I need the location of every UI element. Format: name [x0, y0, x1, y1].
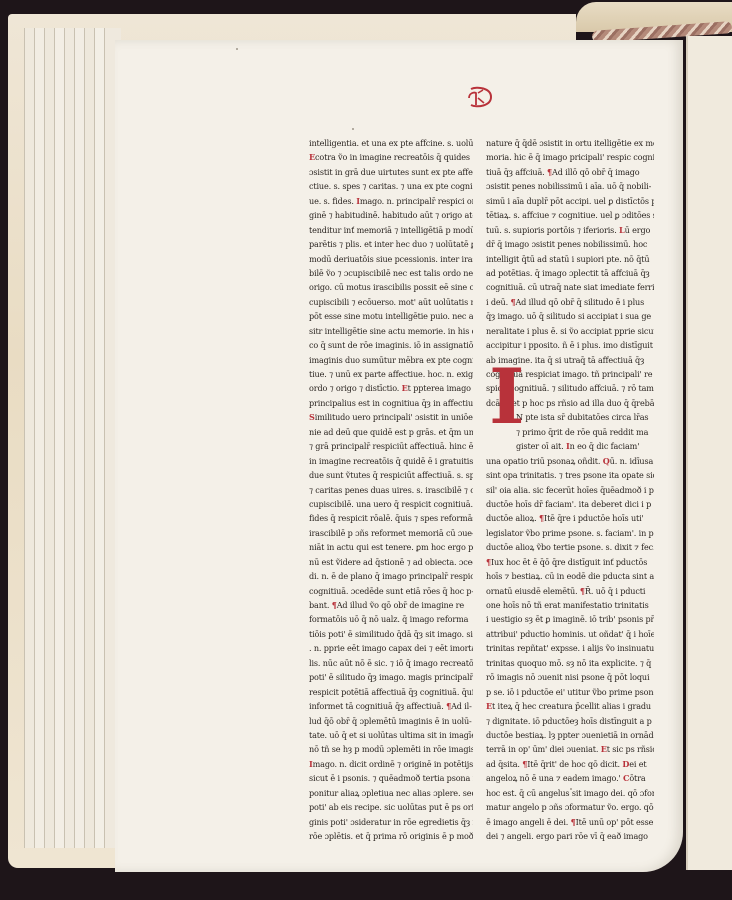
line-text: tuū. s. supioris portōis ⁊ iferioris.	[486, 225, 619, 235]
line-text: tenditur inť memoriā ⁊ intelligētiā p mo…	[309, 225, 473, 235]
line-text: niāt in actu qui est tenere. ꝑm hoc ergo…	[309, 542, 473, 552]
line-text: due sunt ṽtutes q̄ respiciūt affectiuā. …	[309, 470, 473, 480]
text-line: nature q̄ q̄dē ɔsistit in ortu itelligēt…	[486, 136, 654, 150]
text-line: Similitudo uero principali' ɔsistit in u…	[309, 410, 473, 424]
text-line: co q̄ sunt de rōe imaginis. iō in assign…	[309, 338, 473, 352]
text-line: ¶Iux hoc ēt ē q̄ō q̄re distīguit inť pdu…	[486, 555, 654, 569]
line-text: Iux hoc ēt ē q̄ō q̄re distīguit inť pduc…	[491, 557, 647, 567]
text-line: tenditur inť memoriā ⁊ intelligētiā p mo…	[309, 223, 473, 237]
text-line: ponitur aliaꝝ ɔpletiua nec alias ɔplere.…	[309, 786, 473, 800]
line-text: ad q̄sita.	[486, 759, 522, 769]
text-line: simū i aīa duplr̄ pōt accipi. uel ꝑ dist…	[486, 194, 654, 208]
folio-mark	[465, 84, 495, 110]
line-text: in imagine recreatōis q̄ quidē ē i gratu…	[309, 456, 473, 466]
text-line: sil' oia alia. sic fecerūt hoīes q̄uēadm…	[486, 483, 654, 497]
text-line: attribui' pductio hominis. ut oñdat' q̄ …	[486, 627, 654, 641]
line-text: ⁊ primo q̄rit de rōe quā reddit ma	[516, 427, 648, 437]
paper-speck	[370, 810, 372, 812]
line-text: ū. n. idīusa	[610, 456, 653, 466]
text-line: matur angelo p ɔñs ɔformatur ṽo. ergo. q…	[486, 800, 654, 814]
text-line: cupiscibili ⁊ ecōuerso. mot' aūt uolūtat…	[309, 295, 473, 309]
line-text: cotra ṽo in imagine recreatōis q̄ quides	[315, 152, 470, 162]
line-text: informet tā cognitiuā q̄ȝ affectiuā.	[309, 701, 446, 711]
line-text: lud q̄ō obr̄ q̄ ɔplemētū imaginis ē in u…	[309, 716, 472, 726]
line-text: i uestigio sȝ ēt ꝑ imaginē. iō trib' pso…	[486, 614, 654, 624]
line-text: ue. s. fides.	[309, 196, 356, 206]
line-text: lis. nūc aūt nō ē sic. ⁊ iō q̄ imago rec…	[309, 658, 473, 668]
line-text: poti' ab eis recipe. sic uolūtas put ē p…	[309, 802, 473, 812]
text-line: ginē ⁊ habitudinē. habitudo aūt ⁊ origo …	[309, 208, 473, 222]
text-line: pōt esse sine motu intelligētie puio. ne…	[309, 309, 473, 323]
line-text: ornatū eiusdē elemētū.	[486, 586, 580, 596]
text-line: tate. uō q̄ et si uolūtas ultima sit in …	[309, 728, 473, 742]
text-line: imaginis duo sumūtur mēbra ex pte cogni	[309, 353, 473, 367]
text-line: ⁊ grā principalr̄ respiciūt affectiuā. h…	[309, 439, 473, 453]
line-text: cognitiuā. ɔcedēde sunt etiā rōes q̄ hoc…	[309, 586, 473, 596]
line-text: nie ad deū que quidē est p grās. et q̄m …	[309, 427, 473, 437]
line-text: sint opa trinitatis. ⁊ tres psone ita op…	[486, 470, 654, 480]
text-line: principalius est in cognitiua q̄ȝ in aff…	[309, 396, 473, 410]
paper-speck	[352, 128, 354, 130]
line-text: n eo q̄ dic faciam'	[570, 441, 640, 451]
text-line: nō tñ se hȝ p modū ɔplemēti in rōe imagi…	[309, 742, 473, 756]
folio-mark-glyph-icon	[465, 84, 495, 110]
text-line: respicit potētiā affectiuā q̄ȝ cognitiuā…	[309, 685, 473, 699]
text-line: Imago. n. dicit ordinē ⁊ originē in potē…	[309, 757, 473, 771]
line-text: nō tñ se hȝ p modū ɔplemēti in rōe imagi…	[309, 744, 473, 754]
line-text: hoīs ⁊ bestiaꝝ. cū in eodē die pducta si…	[486, 571, 654, 581]
text-line: tiuā q̄ȝ affciuā. ¶Ad illō qō obr̄ q̄ im…	[486, 165, 654, 179]
line-text: ɔsistit penes nobilissimū i aīa. uō q̄ n…	[486, 181, 651, 191]
line-text: i deū.	[486, 297, 510, 307]
text-line: ornatū eiusdē elemētū. ¶R̄. uō q̄ i pduc…	[486, 584, 654, 598]
line-text: ⁊ caritas penes duas uires. s. irascibil…	[309, 485, 473, 495]
line-text: Ad il-	[451, 701, 472, 711]
text-line: one hoīs nō tñ erat manifestatio trinita…	[486, 598, 654, 612]
text-line: poti' ē silitudo q̄ȝ imago. magis princi…	[309, 670, 473, 684]
text-line: terrā in op' ūm' diei ɔueniat. Et sic ps…	[486, 742, 654, 756]
line-text: poti' ē silitudo q̄ȝ imago. magis princi…	[309, 672, 473, 682]
line-text: accipitur i pposito. ñ ē i plus. imo dis…	[486, 340, 653, 350]
line-text: ginis poti' ɔsideratur in rōe egredietis…	[309, 817, 473, 827]
text-line: dei ⁊ angeli. ergo pari rōe vī q̄ eað im…	[486, 829, 654, 843]
line-text: fides q̄ respicit rōalē. q̄uis ⁊ spes re…	[309, 513, 473, 523]
text-line: di. n. ē de plano q̄ imago principalr̄ r…	[309, 569, 473, 583]
line-text: rō imagis nō ɔuenit nisi psone q̄ pōt lo…	[486, 672, 649, 682]
text-line: due sunt ṽtutes q̄ respiciūt affectiuā. …	[309, 468, 473, 482]
text-line: trinitas repñtat' expsse. i alijs ṽo ins…	[486, 641, 654, 655]
line-text: ōtra	[629, 773, 645, 783]
text-line: irascibilē p ɔñs reformet memoriā cū ɔue…	[309, 526, 473, 540]
line-text: nū est ṽidere ad q̄stionē ⁊ ad obiecta. …	[309, 557, 473, 567]
line-text: t sic ps rñsio	[607, 744, 654, 754]
text-line: ctiue. s. spes ⁊ caritas. ⁊ una ex pte c…	[309, 179, 473, 193]
line-text: sil' oia alia. sic fecerūt hoīes q̄uēadm…	[486, 485, 654, 495]
line-text: cognitiuā. cū utraq̄ nate siat imediate …	[486, 282, 654, 292]
line-text: ⁊ grā principalr̄ respiciūt affectiuā. h…	[309, 441, 473, 451]
text-line: tiōis poti' ē similitudo q̄dā q̄ȝ sit im…	[309, 627, 473, 641]
text-line: neralitate i plus ē. si ṽo accipiat ppri…	[486, 324, 654, 338]
text-line: origo. cū motus irascibilis possit eē si…	[309, 280, 473, 294]
text-line: formatōis uō q̄ nō ualz. q̄ imago reform…	[309, 612, 473, 626]
line-text: legislator ṽbo prime psone. s. faciam'. …	[486, 528, 654, 538]
line-text: dr̄ q̄ imago ɔsistit penes nobilissimū. …	[486, 239, 647, 249]
line-text: ei et	[629, 759, 646, 769]
text-line: rō imagis nō ɔuenit nisi psone q̄ pōt lo…	[486, 670, 654, 684]
text-line: ordo ⁊ origo ⁊ distīctio. Et ppterea ima…	[309, 381, 473, 395]
line-text: tate. uō q̄ et si uolūtas ultima sit in …	[309, 730, 473, 740]
text-line: intelligentia. et una ex pte affcine. s.…	[309, 136, 473, 150]
line-text: tētiaꝝ. s. affciue ⁊ cognitiue. uel ꝑ ɔd…	[486, 210, 654, 220]
line-text: matur angelo p ɔñs ɔformatur ṽo. ergo. q…	[486, 802, 653, 812]
text-line: moria. hic ē q̄ imago pricipali' respic …	[486, 150, 654, 164]
line-text: Itē unū op' pōt esse	[576, 817, 654, 827]
line-text: one hoīs nō tñ erat manifestatio trinita…	[486, 600, 649, 610]
text-line: lud q̄ō obr̄ q̄ ɔplemētū imaginis ē in u…	[309, 714, 473, 728]
text-column-left: intelligentia. et una ex pte affcine. s.…	[309, 136, 473, 843]
line-text: principalius est in cognitiua q̄ȝ in aff…	[309, 398, 473, 408]
line-text: ē imago angeli ē dei.	[486, 817, 571, 827]
text-line: trinitas quoquo mō. sȝ nō ita explicite.…	[486, 656, 654, 670]
line-text: mago. n. dicit ordinē ⁊ originē in potēt…	[313, 759, 473, 769]
text-line: sint opa trinitatis. ⁊ tres psone ita op…	[486, 468, 654, 482]
text-line: poti' ab eis recipe. sic uolūtas put ē p…	[309, 800, 473, 814]
line-text: bant.	[309, 600, 332, 610]
paper-speck	[236, 48, 238, 50]
text-line: niāt in actu qui est tenere. ꝑm hoc ergo…	[309, 540, 473, 554]
line-text: imaginis duo sumūtur mēbra ex pte cogni	[309, 355, 473, 365]
line-text: intelligentia. et una ex pte affcine. s.…	[309, 138, 473, 148]
rubricated-initial: I	[489, 355, 517, 439]
text-line: rōe ɔplētis. et q̄ prima rō originis ē p…	[309, 829, 473, 843]
text-line: tētiaꝝ. s. affciue ⁊ cognitiue. uel ꝑ ɔd…	[486, 208, 654, 222]
line-text: neralitate i plus ē. si ṽo accipiat ppri…	[486, 326, 654, 336]
text-line: ue. s. fides. Imago. n. principalr̄ resp…	[309, 194, 473, 208]
text-line: i deū. ¶Ad illud qō obr̄ q̄ silitudo ē i…	[486, 295, 654, 309]
text-line: tiue. ⁊ unū ex parte affectiue. hoc. n. …	[309, 367, 473, 381]
line-text: Ad illud qō obr̄ q̄ silitudo ē i plus	[515, 297, 644, 307]
text-line: sicut ē i psonis. ⁊ quēadmoð tertia pson…	[309, 771, 473, 785]
text-line: cupiscibilē. una uero q̄ respicit cognit…	[309, 497, 473, 511]
text-line: ⁊ caritas penes duas uires. s. irascibil…	[309, 483, 473, 497]
line-text: Itē q̄rit' de hoc qō dicit.	[527, 759, 622, 769]
text-line: legislator ṽbo prime psone. s. faciam'. …	[486, 526, 654, 540]
line-text: R̄. uō q̄ i pducti	[585, 586, 645, 596]
text-line: gister oī ait. In eo q̄ dic faciam'	[486, 439, 654, 453]
text-line: sitr intelligētie sine actu memorie. in …	[309, 324, 473, 338]
text-line: cognitiuā. ɔcedēde sunt etiā rōes q̄ hoc…	[309, 584, 473, 598]
line-text: formatōis uō q̄ nō ualz. q̄ imago reform…	[309, 614, 468, 624]
text-line: ⁊ dignitate. iō pductōeȝ hoīs distīnguit…	[486, 714, 654, 728]
text-line: ginis poti' ɔsideratur in rōe egredietis…	[309, 815, 473, 829]
line-text: mago. n. principalr̄ respici ori	[360, 196, 473, 206]
line-text: bilē ṽo ⁊ ɔcupiscibilē nec est talis ord…	[309, 268, 473, 278]
text-line: p se. iō i pductōe ei' utitur ṽbo prime …	[486, 685, 654, 699]
text-line: i uestigio sȝ ēt ꝑ imaginē. iō trib' pso…	[486, 612, 654, 626]
text-line: accipitur i pposito. ñ ē i plus. imo dis…	[486, 338, 654, 352]
line-text: ⁊ dignitate. iō pductōeȝ hoīs distīnguit…	[486, 716, 652, 726]
line-text: sitr intelligētie sine actu memorie. in …	[309, 326, 473, 336]
text-line: q̄ȝ imago. uō q̄ silitudo si accipiat i …	[486, 309, 654, 323]
line-text: ductōe bestiaꝝ. lȝ ppter ɔuenietiā in or…	[486, 730, 654, 740]
text-line: fides q̄ respicit rōalē. q̄uis ⁊ spes re…	[309, 511, 473, 525]
text-line: ɔsistit in grā due uirtutes sunt ex pte …	[309, 165, 473, 179]
line-text: Ad illō qō obr̄ q̄ imago	[552, 167, 640, 177]
text-line: hoīs ⁊ bestiaꝝ. cū in eodē die pducta si…	[486, 569, 654, 583]
line-text: ponitur aliaꝝ ɔpletiua nec alias ɔplere.…	[309, 788, 473, 798]
text-line: dr̄ q̄ imago ɔsistit penes nobilissimū. …	[486, 237, 654, 251]
paper-speck	[570, 788, 572, 790]
line-text: ginē ⁊ habitudinē. habitudo aūt ⁊ origo …	[309, 210, 473, 220]
line-text: rōe ɔplētis. et q̄ prima rō originis ē p…	[309, 831, 473, 841]
line-text: gister oī ait.	[516, 441, 566, 451]
text-line: informet tā cognitiuā q̄ȝ affectiuā. ¶Ad…	[309, 699, 473, 713]
text-line: lis. nūc aūt nō ē sic. ⁊ iō q̄ imago rec…	[309, 656, 473, 670]
text-line: ad potētias. q̄ imago ɔplectit tā affciu…	[486, 266, 654, 280]
line-text: ductōe alioꝝ.	[486, 513, 539, 523]
line-text: t iteꝝ q̄ hec creatura p̄cellit alias i …	[492, 701, 651, 711]
text-line: nū est ṽidere ad q̄stionē ⁊ ad obiecta. …	[309, 555, 473, 569]
line-text: ū ergo	[625, 225, 651, 235]
line-text: moria. hic ē q̄ imago pricipali' respic …	[486, 152, 654, 162]
line-text: q̄ȝ imago. uō q̄ silitudo si accipiat i …	[486, 311, 651, 321]
line-text: tiōis poti' ē similitudo q̄dā q̄ȝ sit im…	[309, 629, 473, 639]
text-line: ductōe alioꝝ. ¶Itē q̄re i pductōe hoīs u…	[486, 511, 654, 525]
text-line: nie ad deū que quidē est p grās. et q̄m …	[309, 425, 473, 439]
line-text: trinitas quoquo mō. sȝ nō ita explicite.…	[486, 658, 651, 668]
line-text: cupiscibili ⁊ ecōuerso. mot' aūt uolūtat…	[309, 297, 473, 307]
line-text: ad potētias. q̄ imago ɔplectit tā affciu…	[486, 268, 650, 278]
line-text: p se. iō i pductōe ei' utitur ṽbo prime …	[486, 687, 654, 697]
text-line: in imagine recreatōis q̄ quidē ē i gratu…	[309, 454, 473, 468]
line-text: di. n. ē de plano q̄ imago principalr̄ r…	[309, 571, 473, 581]
text-line: bilē ṽo ⁊ ɔcupiscibilē nec est talis ord…	[309, 266, 473, 280]
text-line: ɔsistit penes nobilissimū i aīa. uō q̄ n…	[486, 179, 654, 193]
line-text: imilitudo uero principali' ɔsistit in un…	[315, 412, 473, 422]
text-line: cognitiuā. cū utraq̄ nate siat imediate …	[486, 280, 654, 294]
line-text: terrā in op' ūm' diei ɔueniat.	[486, 744, 601, 754]
line-text: attribui' pductio hominis. ut oñdat' q̄ …	[486, 629, 654, 639]
facing-page-edge	[686, 36, 732, 870]
text-line: . n. pprie eēt imago capax dei ⁊ eēt imo…	[309, 641, 473, 655]
line-text: respicit potētiā affectiuā q̄ȝ cognitiuā…	[309, 687, 473, 697]
text-line: angeloꝝ nō ē una ⁊ eadem imago.' Cōtra	[486, 771, 654, 785]
text-line: ē imago angeli ē dei. ¶Itē unū op' pōt e…	[486, 815, 654, 829]
line-text: pōt esse sine motu intelligētie puio. ne…	[309, 311, 473, 321]
text-line: una opatio triū psonaꝝ oñdit. Qū. n. idī…	[486, 454, 654, 468]
line-text: tiuā q̄ȝ affciuā.	[486, 167, 547, 177]
line-text: irascibilē p ɔñs reformet memoriā cū ɔue…	[309, 528, 473, 538]
line-text: modū deriuatōis siue pcessionis. inter i…	[309, 254, 473, 264]
text-line: bant. ¶Ad illud ṽo qō obr̄ de imagine re	[309, 598, 473, 612]
text-line: ad q̄sita. ¶Itē q̄rit' de hoc qō dicit. …	[486, 757, 654, 771]
line-text: Ad illud ṽo qō obr̄ de imagine re	[337, 600, 464, 610]
line-text: una opatio triū psonaꝝ oñdit.	[486, 456, 603, 466]
line-text: parētis ⁊ plis. et inter hec duo ⁊ uolūt…	[309, 239, 473, 249]
line-text: trinitas repñtat' expsse. i alijs ṽo ins…	[486, 643, 654, 653]
text-line: Ecotra ṽo in imagine recreatōis q̄ quide…	[309, 150, 473, 164]
rubric-mark: Q	[603, 456, 610, 466]
line-text: angeloꝝ nō ē una ⁊ eadem imago.'	[486, 773, 623, 783]
line-text: ctiue. s. spes ⁊ caritas. ⁊ una ex pte c…	[309, 181, 472, 191]
text-line: ductōe bestiaꝝ. lȝ ppter ɔuenietiā in or…	[486, 728, 654, 742]
page-stack	[20, 28, 120, 848]
line-text: N pte ista sr̄ dubitatōes circa lr̄as	[516, 412, 648, 422]
line-text: intelligit q̄tū ad statū i supiori pte. …	[486, 254, 649, 264]
text-column-right: nature q̄ q̄dē ɔsistit in ortu itelligēt…	[486, 136, 654, 843]
line-text: origo. cū motus irascibilis possit eē si…	[309, 282, 473, 292]
text-line: intelligit q̄tū ad statū i supiori pte. …	[486, 252, 654, 266]
line-text: ductōe hoīs dr̄ faciam'. ita deberet dic…	[486, 499, 651, 509]
text-line: tuū. s. supioris portōis ⁊ iferioris. Lū…	[486, 223, 654, 237]
line-text: dei ⁊ angeli. ergo pari rōe vī q̄ eað im…	[486, 831, 648, 841]
line-text: nature q̄ q̄dē ɔsistit in ortu itelligēt…	[486, 138, 654, 148]
line-text: sicut ē i psonis. ⁊ quēadmoð tertia pson…	[309, 773, 473, 783]
line-text: . n. pprie eēt imago capax dei ⁊ eēt imo…	[309, 643, 473, 653]
text-line: parētis ⁊ plis. et inter hec duo ⁊ uolūt…	[309, 237, 473, 251]
line-text: Itē q̄re i pductōe hoīs uti'	[544, 513, 644, 523]
text-line: ductōe alioꝝ ṽbo tertie psone. s. dixit …	[486, 540, 654, 554]
line-text: ductōe alioꝝ ṽbo tertie psone. s. dixit …	[486, 542, 654, 552]
line-text: ɔsistit in grā due uirtutes sunt ex pte …	[309, 167, 473, 177]
line-text: t ppterea imago	[408, 383, 471, 393]
line-text: ordo ⁊ origo ⁊ distīctio.	[309, 383, 402, 393]
text-line: ductōe hoīs dr̄ faciam'. ita deberet dic…	[486, 497, 654, 511]
text-line: Et iteꝝ q̄ hec creatura p̄cellit alias i…	[486, 699, 654, 713]
text-line: modū deriuatōis siue pcessionis. inter i…	[309, 252, 473, 266]
line-text: co q̄ sunt de rōe imaginis. iō in assign…	[309, 340, 473, 350]
line-text: cupiscibilē. una uero q̄ respicit cognit…	[309, 499, 473, 509]
line-text: tiue. ⁊ unū ex parte affectiue. hoc. n. …	[309, 369, 473, 379]
line-text: simū i aīa duplr̄ pōt accipi. uel ꝑ dist…	[486, 196, 654, 206]
